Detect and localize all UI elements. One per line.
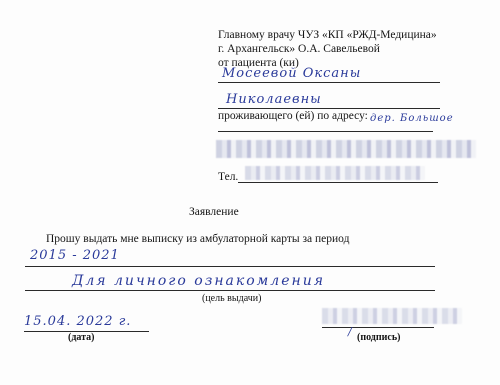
period-handwritten: 2015 - 2021 — [30, 248, 120, 263]
addressee-line-1: Главному врачу ЧУЗ «КП «РЖД-Медицина» — [218, 29, 437, 42]
document-title: Заявление — [189, 206, 239, 219]
redacted-address — [216, 140, 476, 158]
redacted-signature — [322, 308, 462, 324]
address-underline — [218, 131, 433, 132]
patronymic-underline — [218, 108, 440, 109]
signature-tail-mark: / — [348, 325, 353, 338]
period-underline — [25, 266, 435, 267]
purpose-caption: (цель выдачи) — [202, 292, 261, 305]
request-text: Прошу выдать мне выписку из амбулаторной… — [46, 233, 349, 246]
addressee-line-2: г. Архангельск» О.А. Савельевой — [218, 43, 380, 56]
signature-underline — [322, 327, 434, 328]
name-underline — [218, 82, 440, 83]
phone-label: Тел. — [218, 171, 238, 184]
patient-name-handwritten: Мосеевой Оксаны — [222, 66, 361, 81]
signature-caption: (подпись) — [357, 331, 400, 344]
patient-patronymic-handwritten: Николаевны — [226, 92, 322, 107]
purpose-underline — [25, 290, 435, 291]
application-document: Главному врачу ЧУЗ «КП «РЖД-Медицина» г.… — [0, 0, 500, 385]
address-handwritten: дер. Большое — [370, 113, 454, 124]
phone-underline — [238, 182, 438, 183]
purpose-handwritten: Для личного ознакомления — [72, 273, 325, 289]
date-handwritten: 15.04. 2022 г. — [24, 314, 131, 329]
redacted-phone — [245, 166, 425, 180]
date-caption: (дата) — [68, 331, 95, 344]
address-label: проживающего (ей) по адресу: — [218, 110, 368, 123]
